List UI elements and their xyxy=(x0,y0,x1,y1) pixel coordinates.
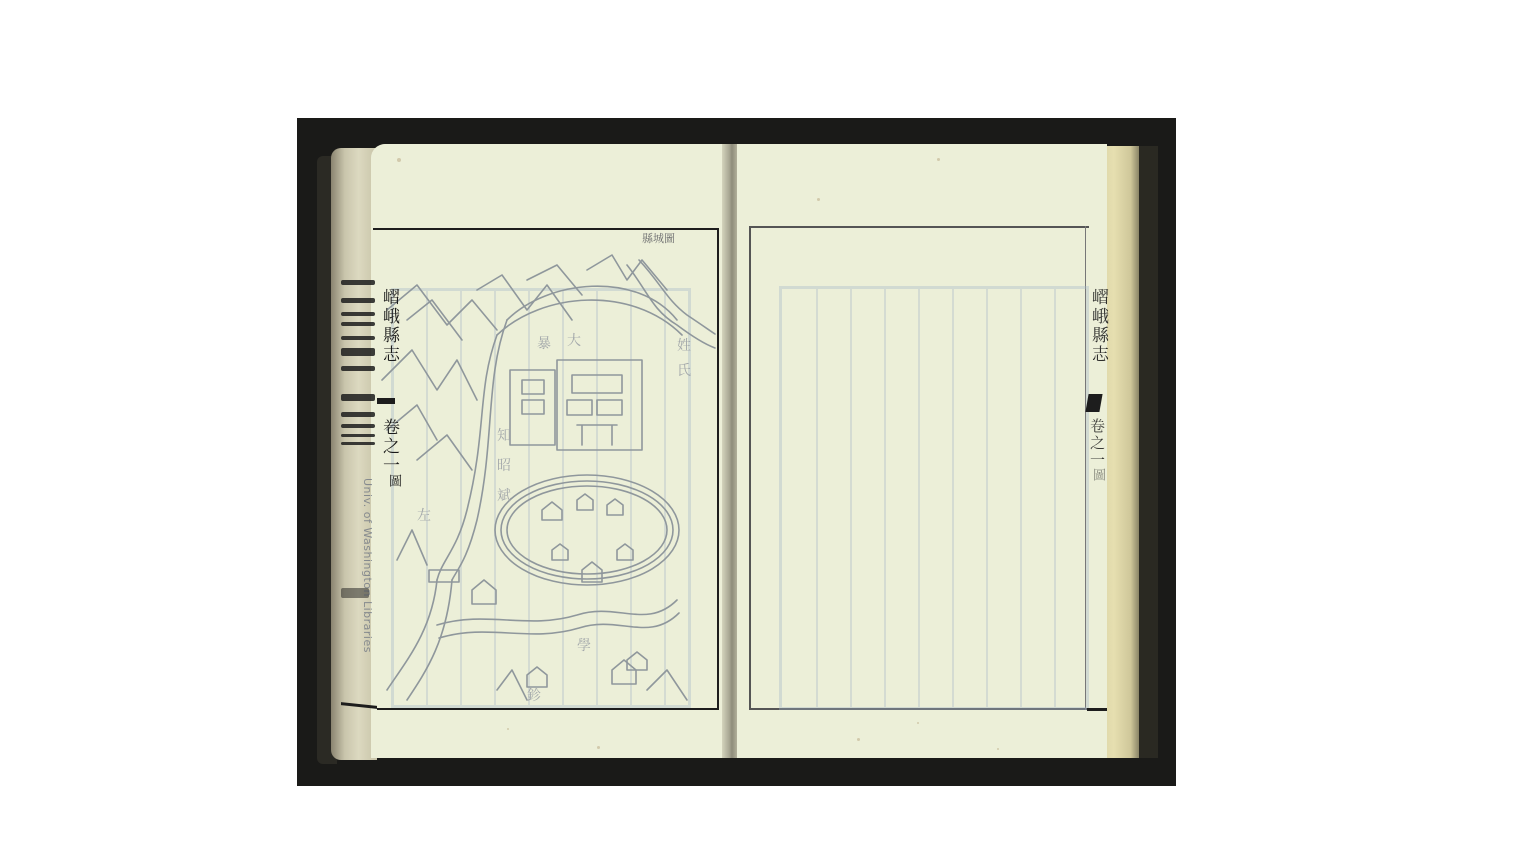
svg-text:大: 大 xyxy=(567,332,581,349)
left-section-label: 圖 xyxy=(387,474,400,489)
svg-text:知: 知 xyxy=(497,428,511,444)
library-stamp: Univ. of Washington Libraries xyxy=(361,478,374,653)
svg-text:左: 左 xyxy=(417,508,431,524)
svg-text:昭: 昭 xyxy=(497,458,511,474)
left-page-header-note: 縣城圖 xyxy=(642,230,675,246)
county-map-illustration: 大 暴 知 昭 斌 姓 氏 左 學 鉁 xyxy=(377,230,717,708)
svg-text:鉁: 鉁 xyxy=(527,688,541,704)
left-juan-label: 卷之一 xyxy=(380,418,397,475)
svg-text:學: 學 xyxy=(577,638,591,654)
svg-text:氏: 氏 xyxy=(677,363,691,379)
right-juan-label: 卷之一 xyxy=(1089,418,1104,469)
svg-text:姓: 姓 xyxy=(677,337,691,354)
right-spine-title: 嶍峨縣志 xyxy=(1089,288,1106,364)
left-spine-title: 嶍峨縣志 xyxy=(380,288,397,364)
svg-text:斌: 斌 xyxy=(497,488,511,504)
right-section-label: 圖 xyxy=(1091,468,1104,483)
book-scan: 大 暴 知 昭 斌 姓 氏 左 學 鉁 縣城圖 嶍峨縣志 卷之一 圖 Univ.… xyxy=(297,118,1176,786)
svg-text:暴: 暴 xyxy=(537,336,551,352)
right-bleed-grid xyxy=(779,286,1089,710)
